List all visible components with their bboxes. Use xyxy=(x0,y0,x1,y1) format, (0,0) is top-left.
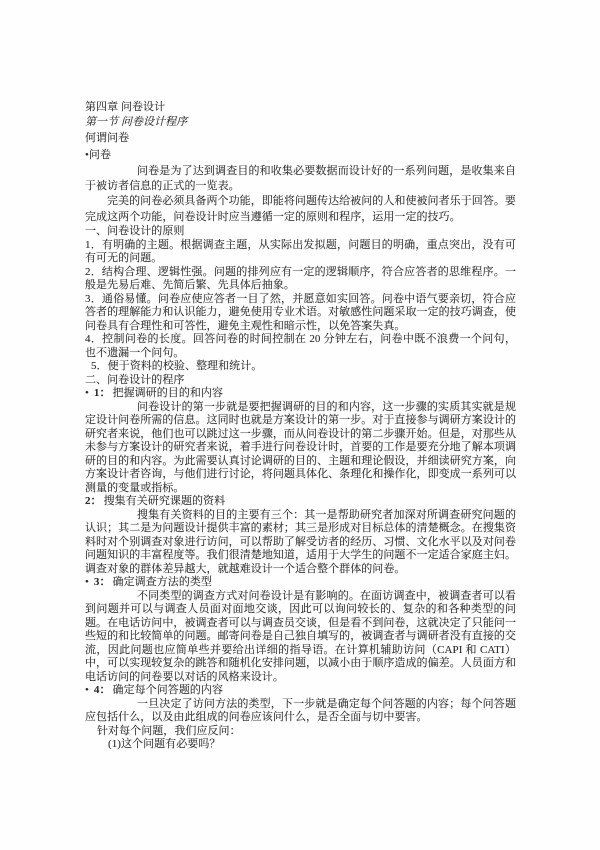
step-1-body: 问卷设计的第一步就是要把握调研的目的和内容，这一步骤的实质其实就是规定设计问卷所… xyxy=(85,401,516,496)
step-4-body: 一旦决定了访问方法的类型，下一步就是确定每个问答题的内容；每个问答题应包括什么，… xyxy=(85,698,516,725)
principle-item-1: 1．有明确的主题。根据调查主题，从实际出发拟题，问题目的明确，重点突出，没有可有… xyxy=(85,239,516,266)
intro-block: 第四章 问卷设计 第一节 问卷设计程序 何谓问卷 •问卷 问卷是为了达到调查目的… xyxy=(85,100,516,225)
term-label: 问卷 xyxy=(89,149,111,161)
step-1-title: 把握调研的目的和内容 xyxy=(113,387,224,399)
step-1-number: 1： xyxy=(94,387,113,399)
reflection-prompt: 针对每个问题，我们应反问： xyxy=(85,725,516,739)
definition-paragraph: 问卷是为了达到调查目的和收集必要数据而设计好的一系列问题，是收集来自于被访者信息… xyxy=(85,164,516,195)
step-4-title: 确定每个问答题的内容 xyxy=(113,684,224,696)
step-2-title: 搜集有关研究课题的资料 xyxy=(104,495,226,507)
step-3-body: 不同类型的调查方式对问卷设计是有影响的。在面访调查中，被调查者可以看到问题并可以… xyxy=(85,590,516,685)
principle-item-3: 3．通俗易懂。问卷应使应答者一目了然，并愿意如实回答。问卷中语气要亲切，符合应答… xyxy=(85,293,516,334)
document-content: 第四章 问卷设计 第一节 问卷设计程序 何谓问卷 •问卷 问卷是为了达到调查目的… xyxy=(85,100,516,752)
step-2-body: 搜集有关资料的目的主要有三个：其一是帮助研究者加深对所调查研究问题的认识；其二是… xyxy=(85,509,516,577)
what-is-heading: 何谓问卷 xyxy=(85,131,516,146)
bullet-icon: • xyxy=(85,684,94,696)
scanned-document-page: 第四章 问卷设计 第一节 问卷设计程序 何谓问卷 •问卷 问卷是为了达到调查目的… xyxy=(0,0,600,850)
principle-item-5: 5．便于资料的校验、整理和统计。 xyxy=(85,360,516,374)
section-title: 第一节 问卷设计程序 xyxy=(85,115,516,130)
two-functions-paragraph: 完美的问卷必须具备两个功能，即能将问题传达给被问的人和使被问者乐于回答。要完成这… xyxy=(85,194,516,225)
step-2-heading: 2：搜集有关研究课题的资料 xyxy=(85,495,516,509)
chapter-title: 第四章 问卷设计 xyxy=(85,100,516,115)
step-3-heading: •3：确定调查方法的类型 xyxy=(85,576,516,590)
principles-heading: 一、问卷设计的原则 xyxy=(85,225,516,239)
step-3-number: 3： xyxy=(94,576,113,588)
bullet-icon: • xyxy=(85,387,94,399)
step-3-title: 确定调查方法的类型 xyxy=(113,576,212,588)
step-2-number: 2： xyxy=(85,495,104,507)
principle-item-2: 2．结构合理、逻辑性强。问题的排列应有一定的逻辑顺序，符合应答者的思维程序。一般… xyxy=(85,266,516,293)
step-1-heading: •1：把握调研的目的和内容 xyxy=(85,387,516,401)
step-4-heading: •4：确定每个问答题的内容 xyxy=(85,684,516,698)
bullet-icon: • xyxy=(85,576,94,588)
term-line: •问卷 xyxy=(85,148,516,163)
procedure-heading: 二、问卷设计的程序 xyxy=(85,374,516,388)
step-4-number: 4： xyxy=(94,684,113,696)
reflection-question-1: (1)这个问题有必要吗？ xyxy=(85,738,516,752)
principle-item-4: 4．控制问卷的长度。回答问卷的时间控制在 20 分钟左右，问卷中既不浪费一个问句… xyxy=(85,333,516,360)
